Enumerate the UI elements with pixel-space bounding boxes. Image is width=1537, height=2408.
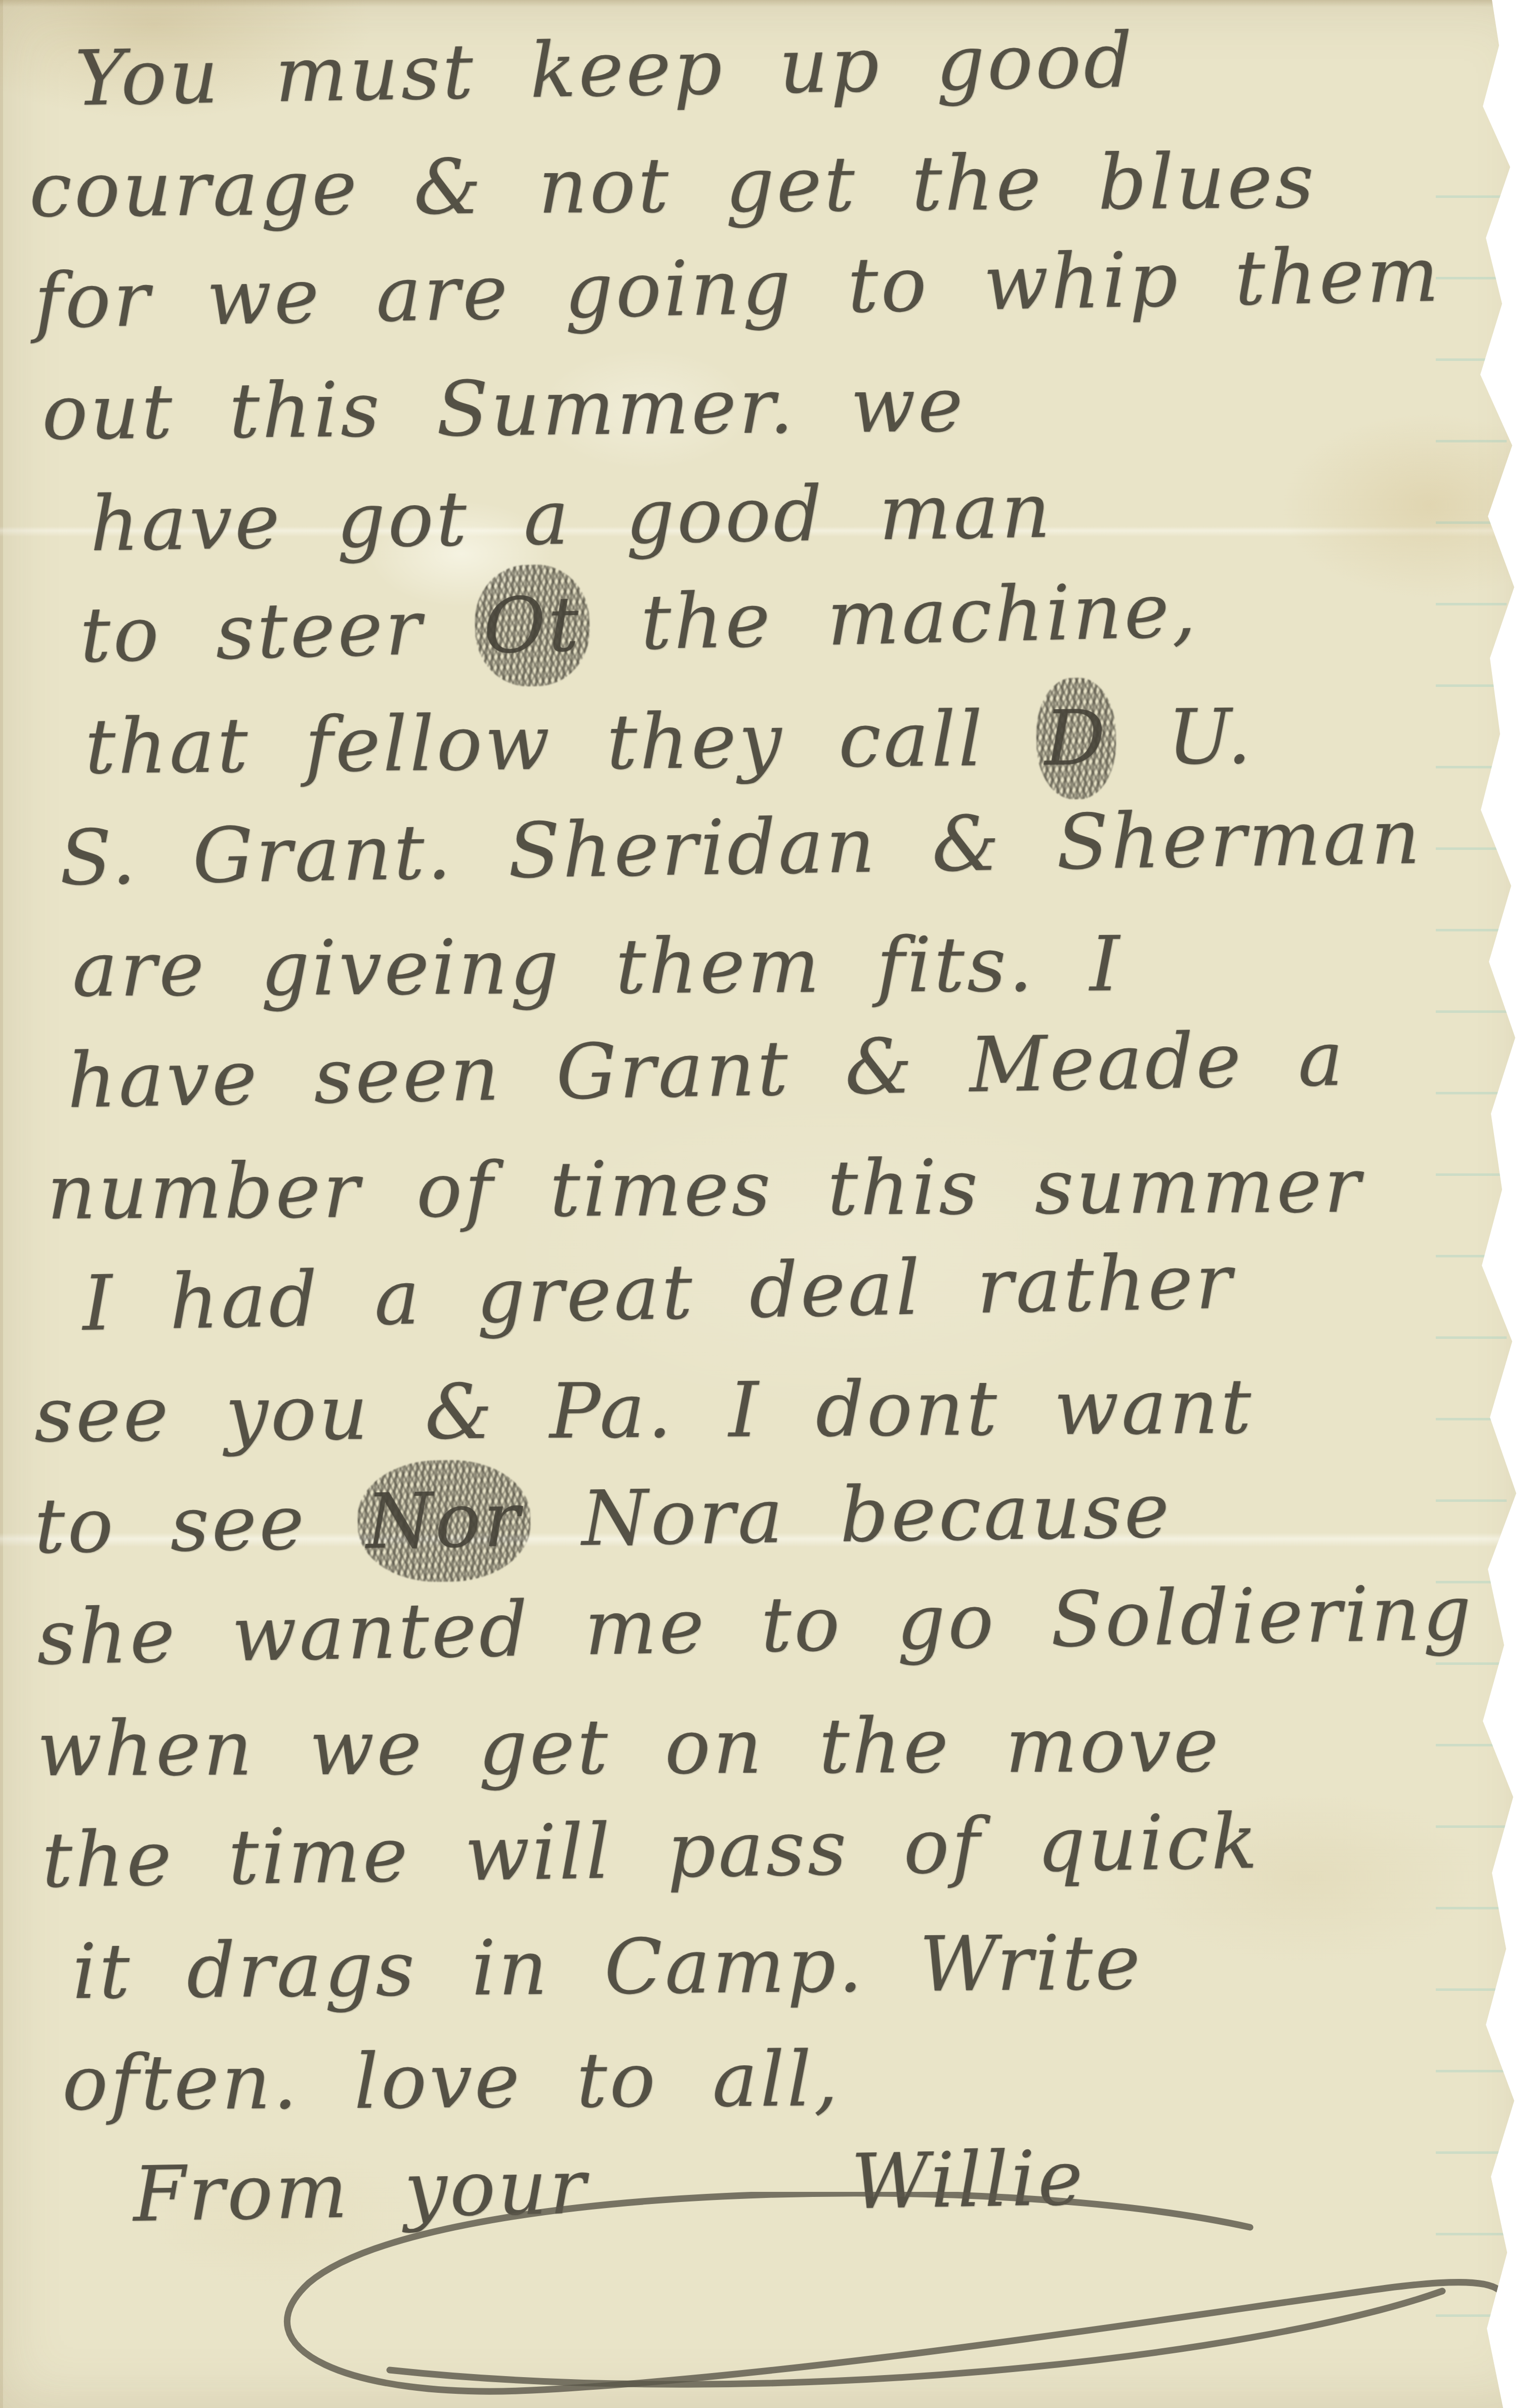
scribbled-out-word: D: [1039, 682, 1113, 794]
letter-line: out this Summer. we: [41, 345, 1462, 469]
line-segment: the machine,: [640, 566, 1199, 667]
letter-line: You must keep up good: [74, 0, 1462, 135]
letter-line: see you & Pa. I dont want: [34, 1350, 1461, 1471]
scribbled-out-word: Nor: [360, 1464, 528, 1578]
signature-flourish: [0, 2192, 1537, 2408]
letter-line: the time will pass of quick: [41, 1783, 1462, 1916]
scribbled-out-word: Ot: [477, 568, 588, 682]
line-segment: to see: [34, 1479, 307, 1570]
scanned-letter-page: You must keep up good courage & not get …: [0, 0, 1537, 2408]
letter-line: it drags in Camp. Write: [72, 1904, 1462, 2028]
line-segment: that fellow they call: [85, 695, 985, 791]
line-segment: U.: [1167, 693, 1254, 782]
letter-line: have seen Grant & Meade a: [66, 1001, 1462, 1137]
letter-line: S. Grant. Sheridan & Sherman: [59, 781, 1462, 914]
paper-sheet: You must keep up good courage & not get …: [0, 0, 1537, 2408]
line-segment: to steer: [79, 584, 425, 680]
letter-body: You must keep up good courage & not get …: [14, 23, 1461, 2251]
line-segment: Nora because: [581, 1467, 1172, 1563]
